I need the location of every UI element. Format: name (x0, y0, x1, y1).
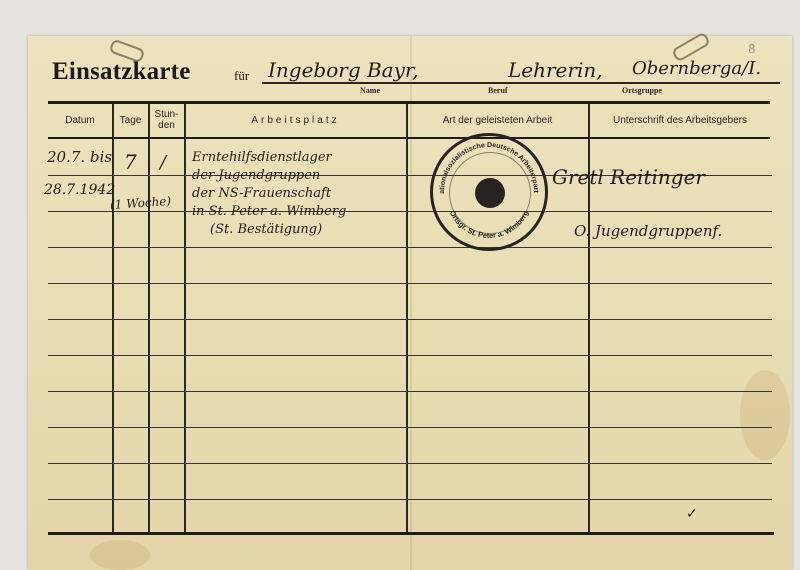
occupation-value: Lehrerin, (508, 58, 603, 82)
entry-workplace-line: Erntehilfsdienstlager (192, 150, 332, 165)
row-line (48, 319, 772, 320)
table-bottom-rule (48, 532, 774, 535)
row-line (48, 247, 772, 248)
entry-workplace-line: (St. Bestätigung) (210, 222, 322, 237)
occupation-label: Beruf (488, 86, 508, 95)
name-value: Ingeborg Bayr, (268, 58, 419, 82)
col-divider (406, 104, 408, 532)
fill-line (262, 82, 780, 84)
row-line (48, 463, 772, 464)
official-stamp: Nationalsozialistische Deutsche Arbeiter… (430, 133, 548, 251)
entry-workplace-line: der NS-Frauenschaft (192, 186, 331, 201)
col-divider (112, 104, 114, 532)
col-header-art: Art der geleisteten Arbeit (407, 103, 588, 137)
entry-workplace-line: der Jugendgruppen (192, 168, 320, 183)
col-divider (184, 104, 186, 532)
eagle-emblem-icon (475, 178, 505, 208)
paper-stain (740, 370, 790, 460)
entry-hours: / (160, 152, 166, 173)
entry-date-to: 28.7.1942 (44, 182, 115, 198)
corner-mark: 8 (748, 42, 756, 56)
for-label: für (234, 68, 249, 84)
header-bottom-rule (48, 137, 770, 139)
local-group-label: Ortsgruppe (622, 86, 662, 95)
entry-date-from: 20.7. bis (47, 148, 112, 166)
name-label: Name (360, 86, 380, 95)
checkmark: ✓ (686, 506, 698, 522)
paper-stain (90, 540, 150, 570)
entry-days: 7 (124, 150, 137, 174)
row-line (48, 211, 772, 212)
col-header-datum: Datum (48, 103, 112, 137)
local-group-value: Obernberga/I. (632, 58, 761, 79)
col-divider (148, 104, 150, 532)
card-title: Einsatzkarte (52, 58, 191, 86)
employer-title: O. Jugendgruppenf. (574, 222, 722, 240)
row-line (48, 427, 772, 428)
stamp-inner-ring (449, 152, 531, 234)
col-header-stunden: Stun- den (149, 103, 184, 137)
col-header-tage: Tage (113, 103, 148, 137)
col-header-arbeitsplatz: Arbeitsplatz (185, 103, 406, 137)
col-header-unterschrift: Unterschrift des Arbeitsgebers (589, 103, 771, 137)
entry-workplace-line: in St. Peter a. Wimberg (192, 204, 346, 219)
row-line (48, 355, 772, 356)
employer-signature: Gretl Reitinger (552, 165, 705, 189)
row-line (48, 391, 772, 392)
row-line (48, 283, 772, 284)
row-line (48, 499, 772, 500)
